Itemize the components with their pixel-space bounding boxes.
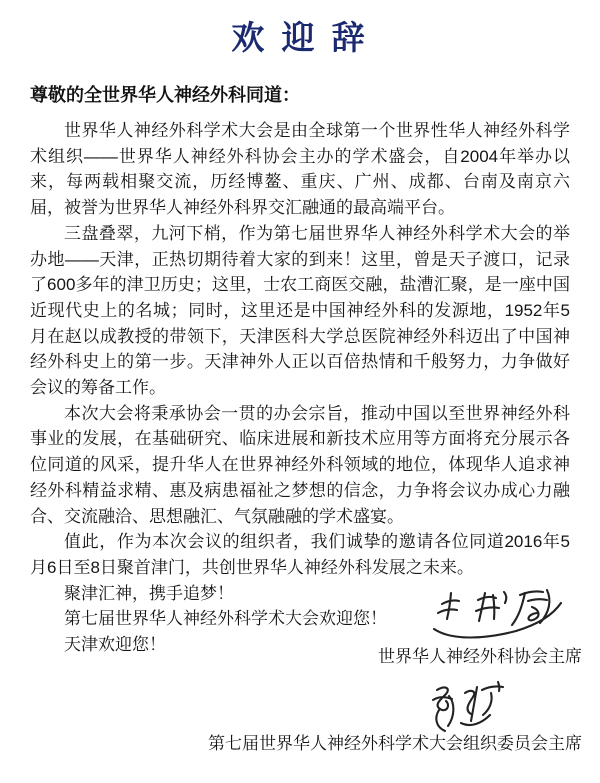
letter-content: 尊敬的全世界华人神经外科同道： 世界华人神经外科学术大会是由全球第一个世界性华人… [30, 83, 570, 658]
page-title: 欢 迎 辞 [0, 16, 600, 60]
paragraph-1: 世界华人神经外科学术大会是由全球第一个世界性华人神经外科学术组织——世界华人神经… [30, 118, 570, 221]
welcome-letter-page: 欢 迎 辞 尊敬的全世界华人神经外科同道： 世界华人神经外科学术大会是由全球第一… [0, 0, 600, 783]
paragraph-4: 值此，作为本次会议的组织者，我们诚挚的邀请各位同道2016年5月6日至8日聚首津… [30, 529, 570, 580]
paragraph-3: 本次大会将秉承协会一贯的办会宗旨，推动中国以至世界神经外科事业的发展，在基础研究… [30, 401, 570, 530]
salutation: 尊敬的全世界华人神经外科同道： [30, 83, 570, 107]
signature-2-ink [424, 680, 510, 734]
signature-1-ink [428, 586, 566, 646]
letter-body: 世界华人神经外科学术大会是由全球第一个世界性华人神经外科学术组织——世界华人神经… [30, 118, 570, 581]
paragraph-2: 三盘叠翠，九河下梢，作为第七届世界华人神经外科学术大会的举办地——天津，正热切期… [30, 221, 570, 401]
signature-2-caption: 第七届世界华人神经外科学术大会组织委员会主席 [208, 733, 582, 755]
signature-1-caption: 世界华人神经外科协会主席 [378, 646, 582, 668]
signature-1-handwriting [428, 586, 566, 651]
signature-2-handwriting [424, 680, 510, 739]
